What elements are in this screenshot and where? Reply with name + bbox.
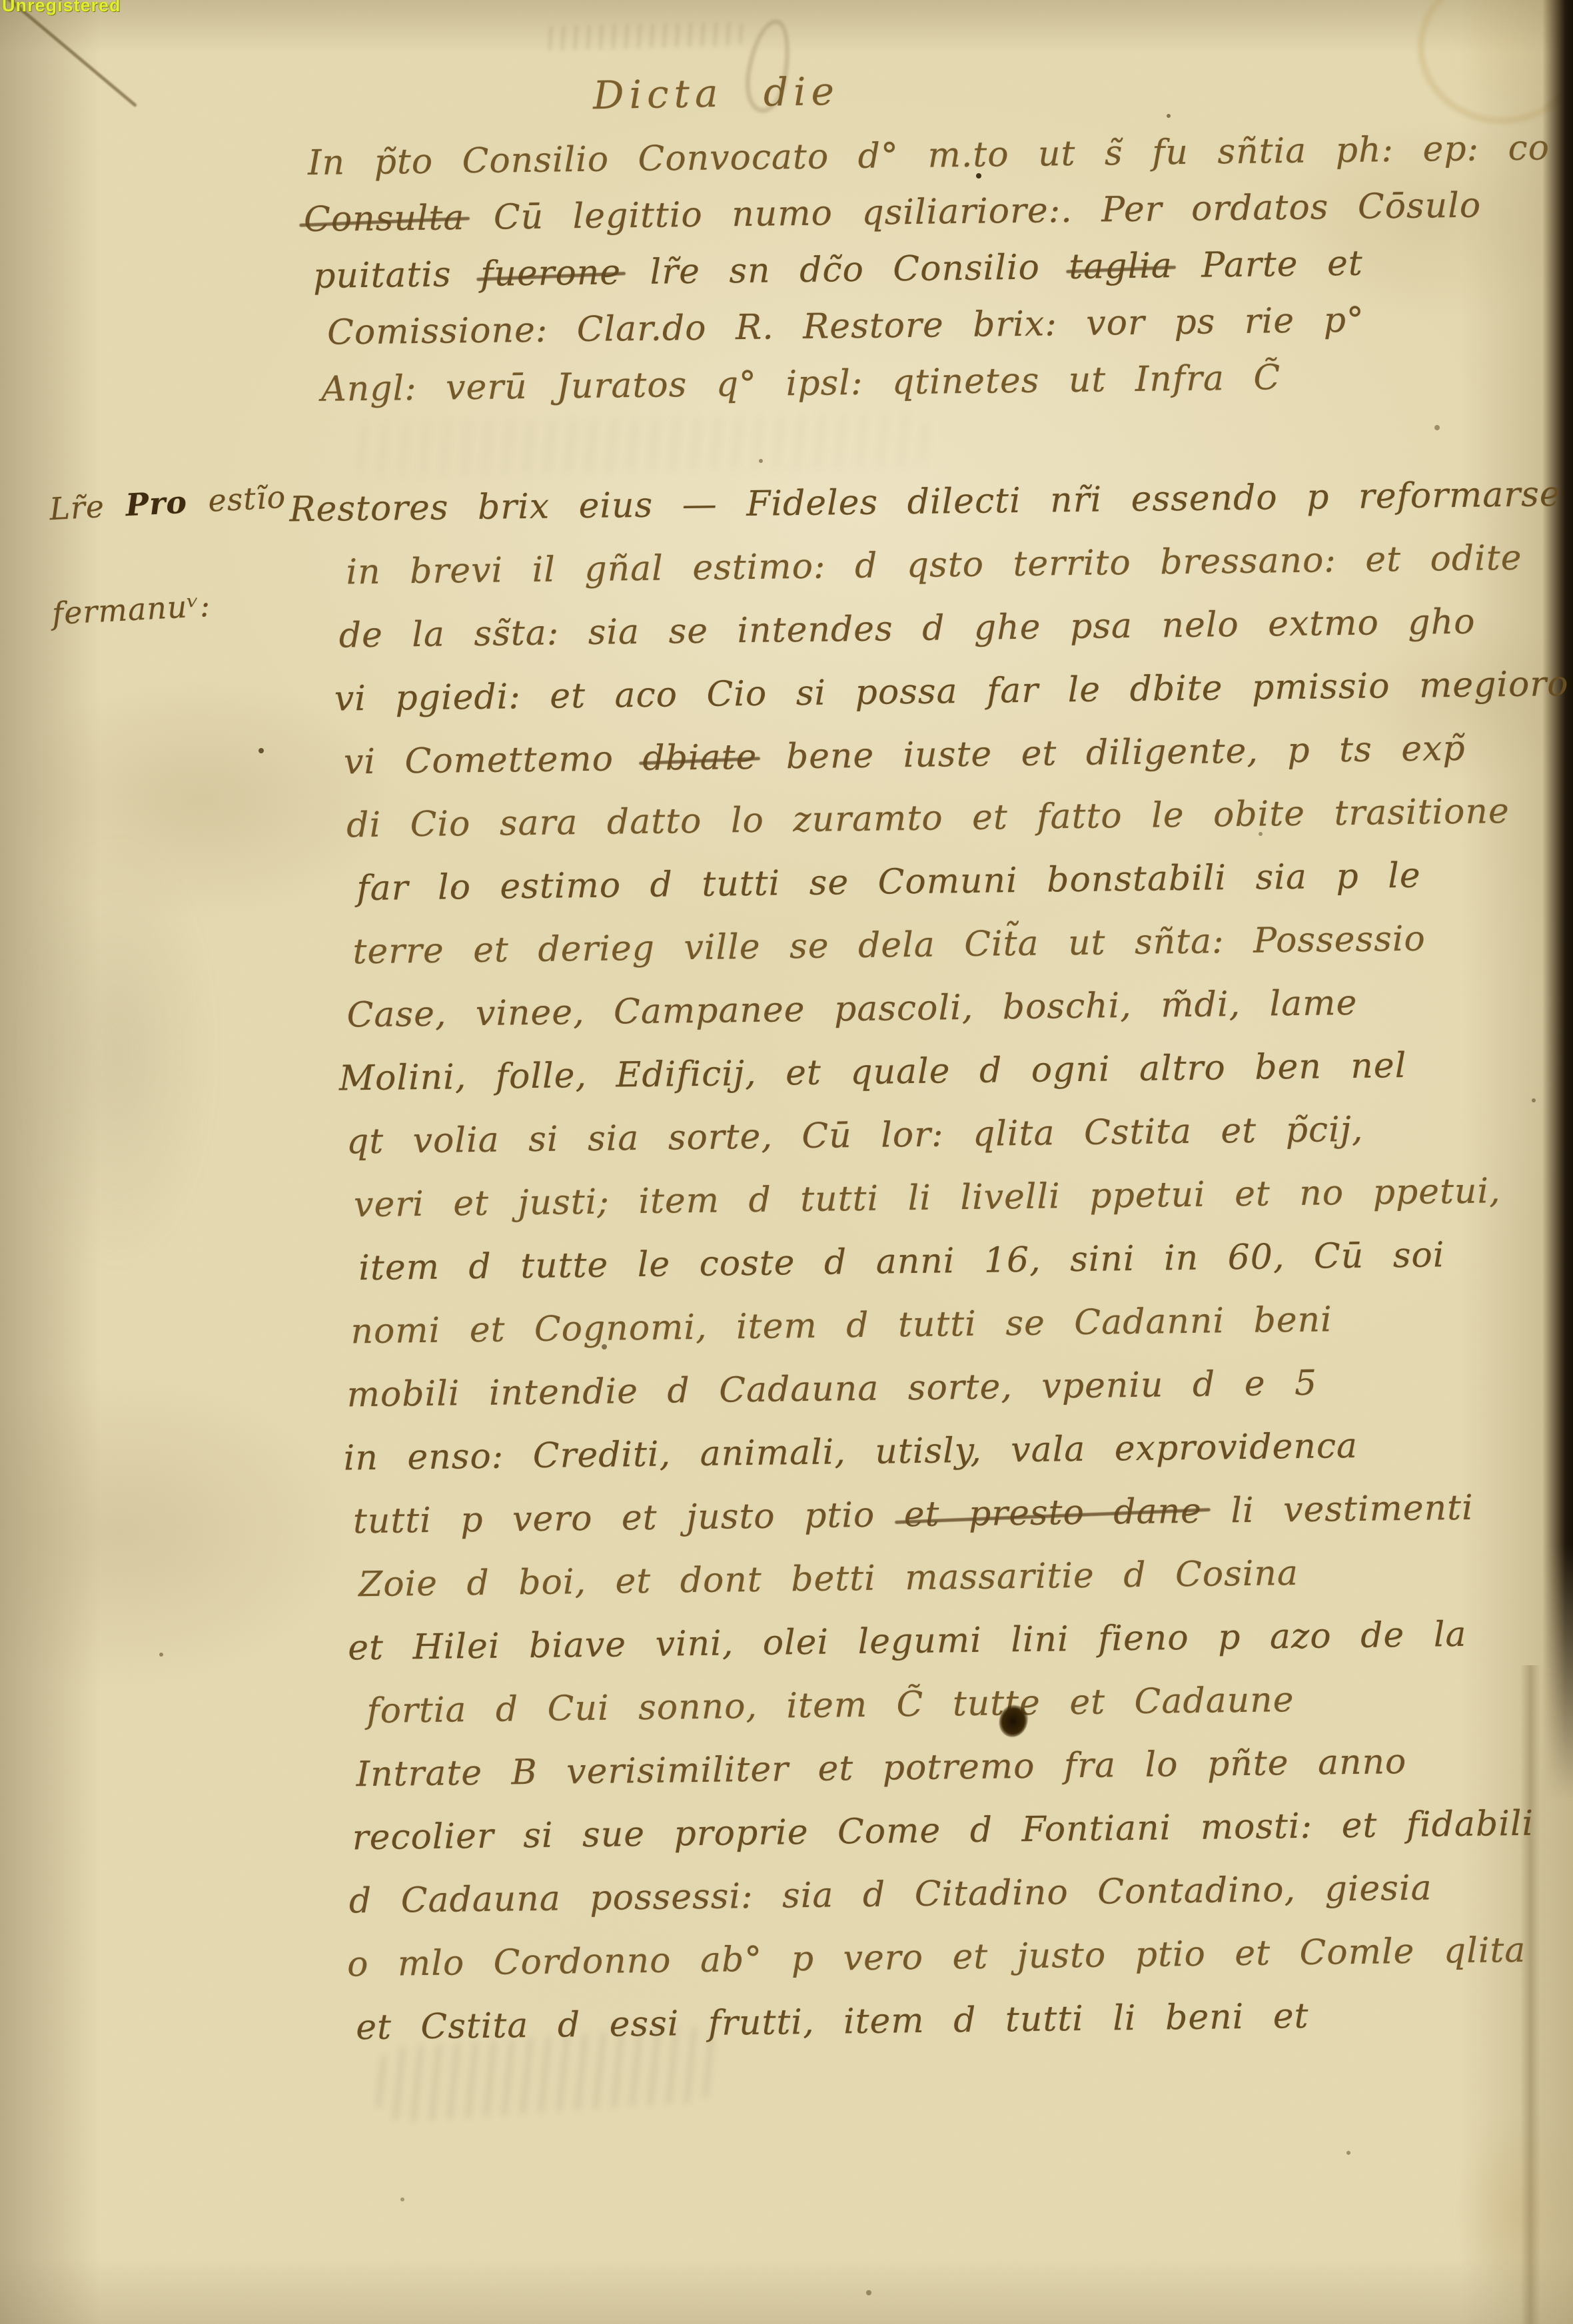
line-text: puitatis	[313, 254, 481, 296]
manuscript-line: di Cio sara datto lo zuramto et fatto le…	[346, 791, 1510, 845]
manuscript-line: et Cstita d essi frutti, item d tutti li…	[356, 1996, 1309, 2048]
line-text: di Cio sara datto lo zuramto et fatto le…	[346, 791, 1510, 845]
manuscript-line: Restores brix eius — Fideles dilecti nr̃…	[289, 474, 1561, 530]
manuscript-line: nomi et Cognomi, item d tutti se Cadanni…	[350, 1300, 1332, 1352]
struck-word: fuerone	[480, 252, 622, 294]
manuscript-line: Case, vinee, Campanee pascoli, boschi, m…	[346, 983, 1357, 1036]
manuscript-line: Angl: verū Juratos q° ipsl: qtinetes ut …	[321, 358, 1281, 410]
manuscript-line: far lo estimo d tutti se Comuni bonstabi…	[356, 856, 1421, 909]
line-text: fortia d Cui sonno, item C̃ tutte et Cad…	[366, 1680, 1295, 1731]
manuscript-line: fortia d Cui sonno, item C̃ tutte et Cad…	[366, 1680, 1295, 1731]
manuscript-line: in brevi il gñal estimo: d qsto territo …	[346, 538, 1522, 593]
manuscript-line: et Hilei biave vini, olei legumi lini fi…	[348, 1615, 1467, 1669]
manuscript-line: Intrate B verisimiliter et potremo fra l…	[356, 1742, 1406, 1794]
struck-word: et presto dane	[903, 1491, 1202, 1535]
line-text: Restores brix eius — Fideles dilecti nr̃…	[289, 474, 1561, 530]
line-text: mobili intendie d Cadauna sorte, vpeniu …	[346, 1363, 1317, 1415]
line-text: li vestimenti	[1202, 1488, 1474, 1531]
manuscript-line: o mlo Cordonno ab° p vero et justo ptio …	[347, 1930, 1526, 1985]
manuscript-line: vi Comettemo dbiate bene iuste et dilige…	[344, 729, 1466, 783]
line-text: et Hilei biave vini, olei legumi lini fi…	[348, 1615, 1467, 1669]
line-text: Molini, folle, Edificij, et quale d ogni…	[338, 1046, 1406, 1099]
manuscript-line: terre et derieg ville se dela Cit̃a ut s…	[352, 919, 1426, 972]
line-text: lr̃e sn dc̃o Consilio	[621, 247, 1069, 292]
line-text: terre et derieg ville se dela Cit̃a ut s…	[352, 919, 1426, 972]
struck-word: Consulta	[304, 198, 465, 240]
line-text: In p̃to Consilio Convocato d° m.to ut s̃…	[308, 126, 1573, 183]
manuscript-line: mobili intendie d Cadauna sorte, vpeniu …	[346, 1363, 1317, 1415]
line-text: Angl: verū Juratos q° ipsl: qtinetes ut …	[321, 358, 1281, 410]
line-text: Cū legittio numo qsiliariore:. Per ordat…	[464, 185, 1481, 238]
line-text: veri et justi; item d tutti li livelli p…	[354, 1171, 1501, 1225]
manuscript-line: In p̃to Consilio Convocato d° m.to ut s̃…	[308, 126, 1573, 183]
line-text: far lo estimo d tutti se Comuni bonstabi…	[356, 856, 1421, 909]
line-text: bene iuste et diligente, p ts exp̃	[757, 729, 1466, 777]
manuscript-line: de la ss̃ta: sia se intendes d ghe psa n…	[338, 602, 1475, 656]
line-text: Intrate B verisimiliter et potremo fra l…	[356, 1742, 1406, 1794]
line-text: o mlo Cordonno ab° p vero et justo ptio …	[347, 1930, 1526, 1985]
manuscript-line: vi pgiedi: et aco Cio si possa far le db…	[334, 664, 1569, 719]
manuscript-line: Comissione: Clar.do R. Restore brix: vor…	[327, 300, 1364, 353]
line-text: in enso: Crediti, animali, utisly, vala …	[343, 1426, 1358, 1479]
manuscript-line: item d tutte le coste d anni 16, sini in…	[358, 1235, 1445, 1288]
line-text: Parte et	[1172, 244, 1363, 286]
line-text: de la ss̃ta: sia se intendes d ghe psa n…	[338, 602, 1475, 656]
line-text: vi Comettemo	[344, 739, 643, 782]
manuscript-line: Molini, folle, Edificij, et quale d ogni…	[338, 1046, 1406, 1099]
manuscript-line: veri et justi; item d tutti li livelli p…	[354, 1171, 1501, 1225]
struck-word: taglia	[1069, 246, 1173, 287]
line-text: et Cstita d essi frutti, item d tutti li…	[356, 1996, 1309, 2048]
manuscript-line: d Cadauna possessi: sia d Citadino Conta…	[349, 1868, 1432, 1922]
line-text: item d tutte le coste d anni 16, sini in…	[358, 1235, 1445, 1288]
manuscript-line: Consulta Cū legittio numo qsiliariore:. …	[304, 185, 1482, 240]
line-text: tutti p vero et justo ptio	[353, 1495, 905, 1541]
line-text: Zoie d boi, et dont betti massaritie d C…	[358, 1553, 1299, 1605]
line-text: in brevi il gñal estimo: d qsto territo …	[346, 538, 1522, 593]
manuscript-page: Unregistered Dicta die Lr̃e Pro estĩo fe…	[0, 0, 1573, 2324]
manuscript-line: Zoie d boi, et dont betti massaritie d C…	[358, 1553, 1299, 1605]
line-text: recolier si sue proprie Come d Fontiani …	[352, 1804, 1534, 1858]
struck-word: dbiate	[642, 737, 758, 779]
line-text: Comissione: Clar.do R. Restore brix: vor…	[327, 300, 1364, 353]
line-text: Case, vinee, Campanee pascoli, boschi, m…	[346, 983, 1357, 1036]
manuscript-line: tutti p vero et justo ptio et presto dan…	[353, 1488, 1474, 1542]
line-text: nomi et Cognomi, item d tutti se Cadanni…	[350, 1300, 1332, 1352]
line-text: vi pgiedi: et aco Cio si possa far le db…	[334, 664, 1569, 719]
line-text: d Cadauna possessi: sia d Citadino Conta…	[349, 1868, 1432, 1922]
manuscript-line: in enso: Crediti, animali, utisly, vala …	[343, 1426, 1358, 1479]
manuscript-line: qt volia si sia sorte, Cū lor: qlita Cst…	[346, 1110, 1364, 1162]
manuscript-line: recolier si sue proprie Come d Fontiani …	[352, 1804, 1534, 1858]
line-text: qt volia si sia sorte, Cū lor: qlita Cst…	[346, 1110, 1364, 1162]
manuscript-text: In p̃to Consilio Convocato d° m.to ut s̃…	[0, 0, 1573, 2324]
manuscript-line: puitatis fuerone lr̃e sn dc̃o Consilio t…	[313, 244, 1363, 296]
